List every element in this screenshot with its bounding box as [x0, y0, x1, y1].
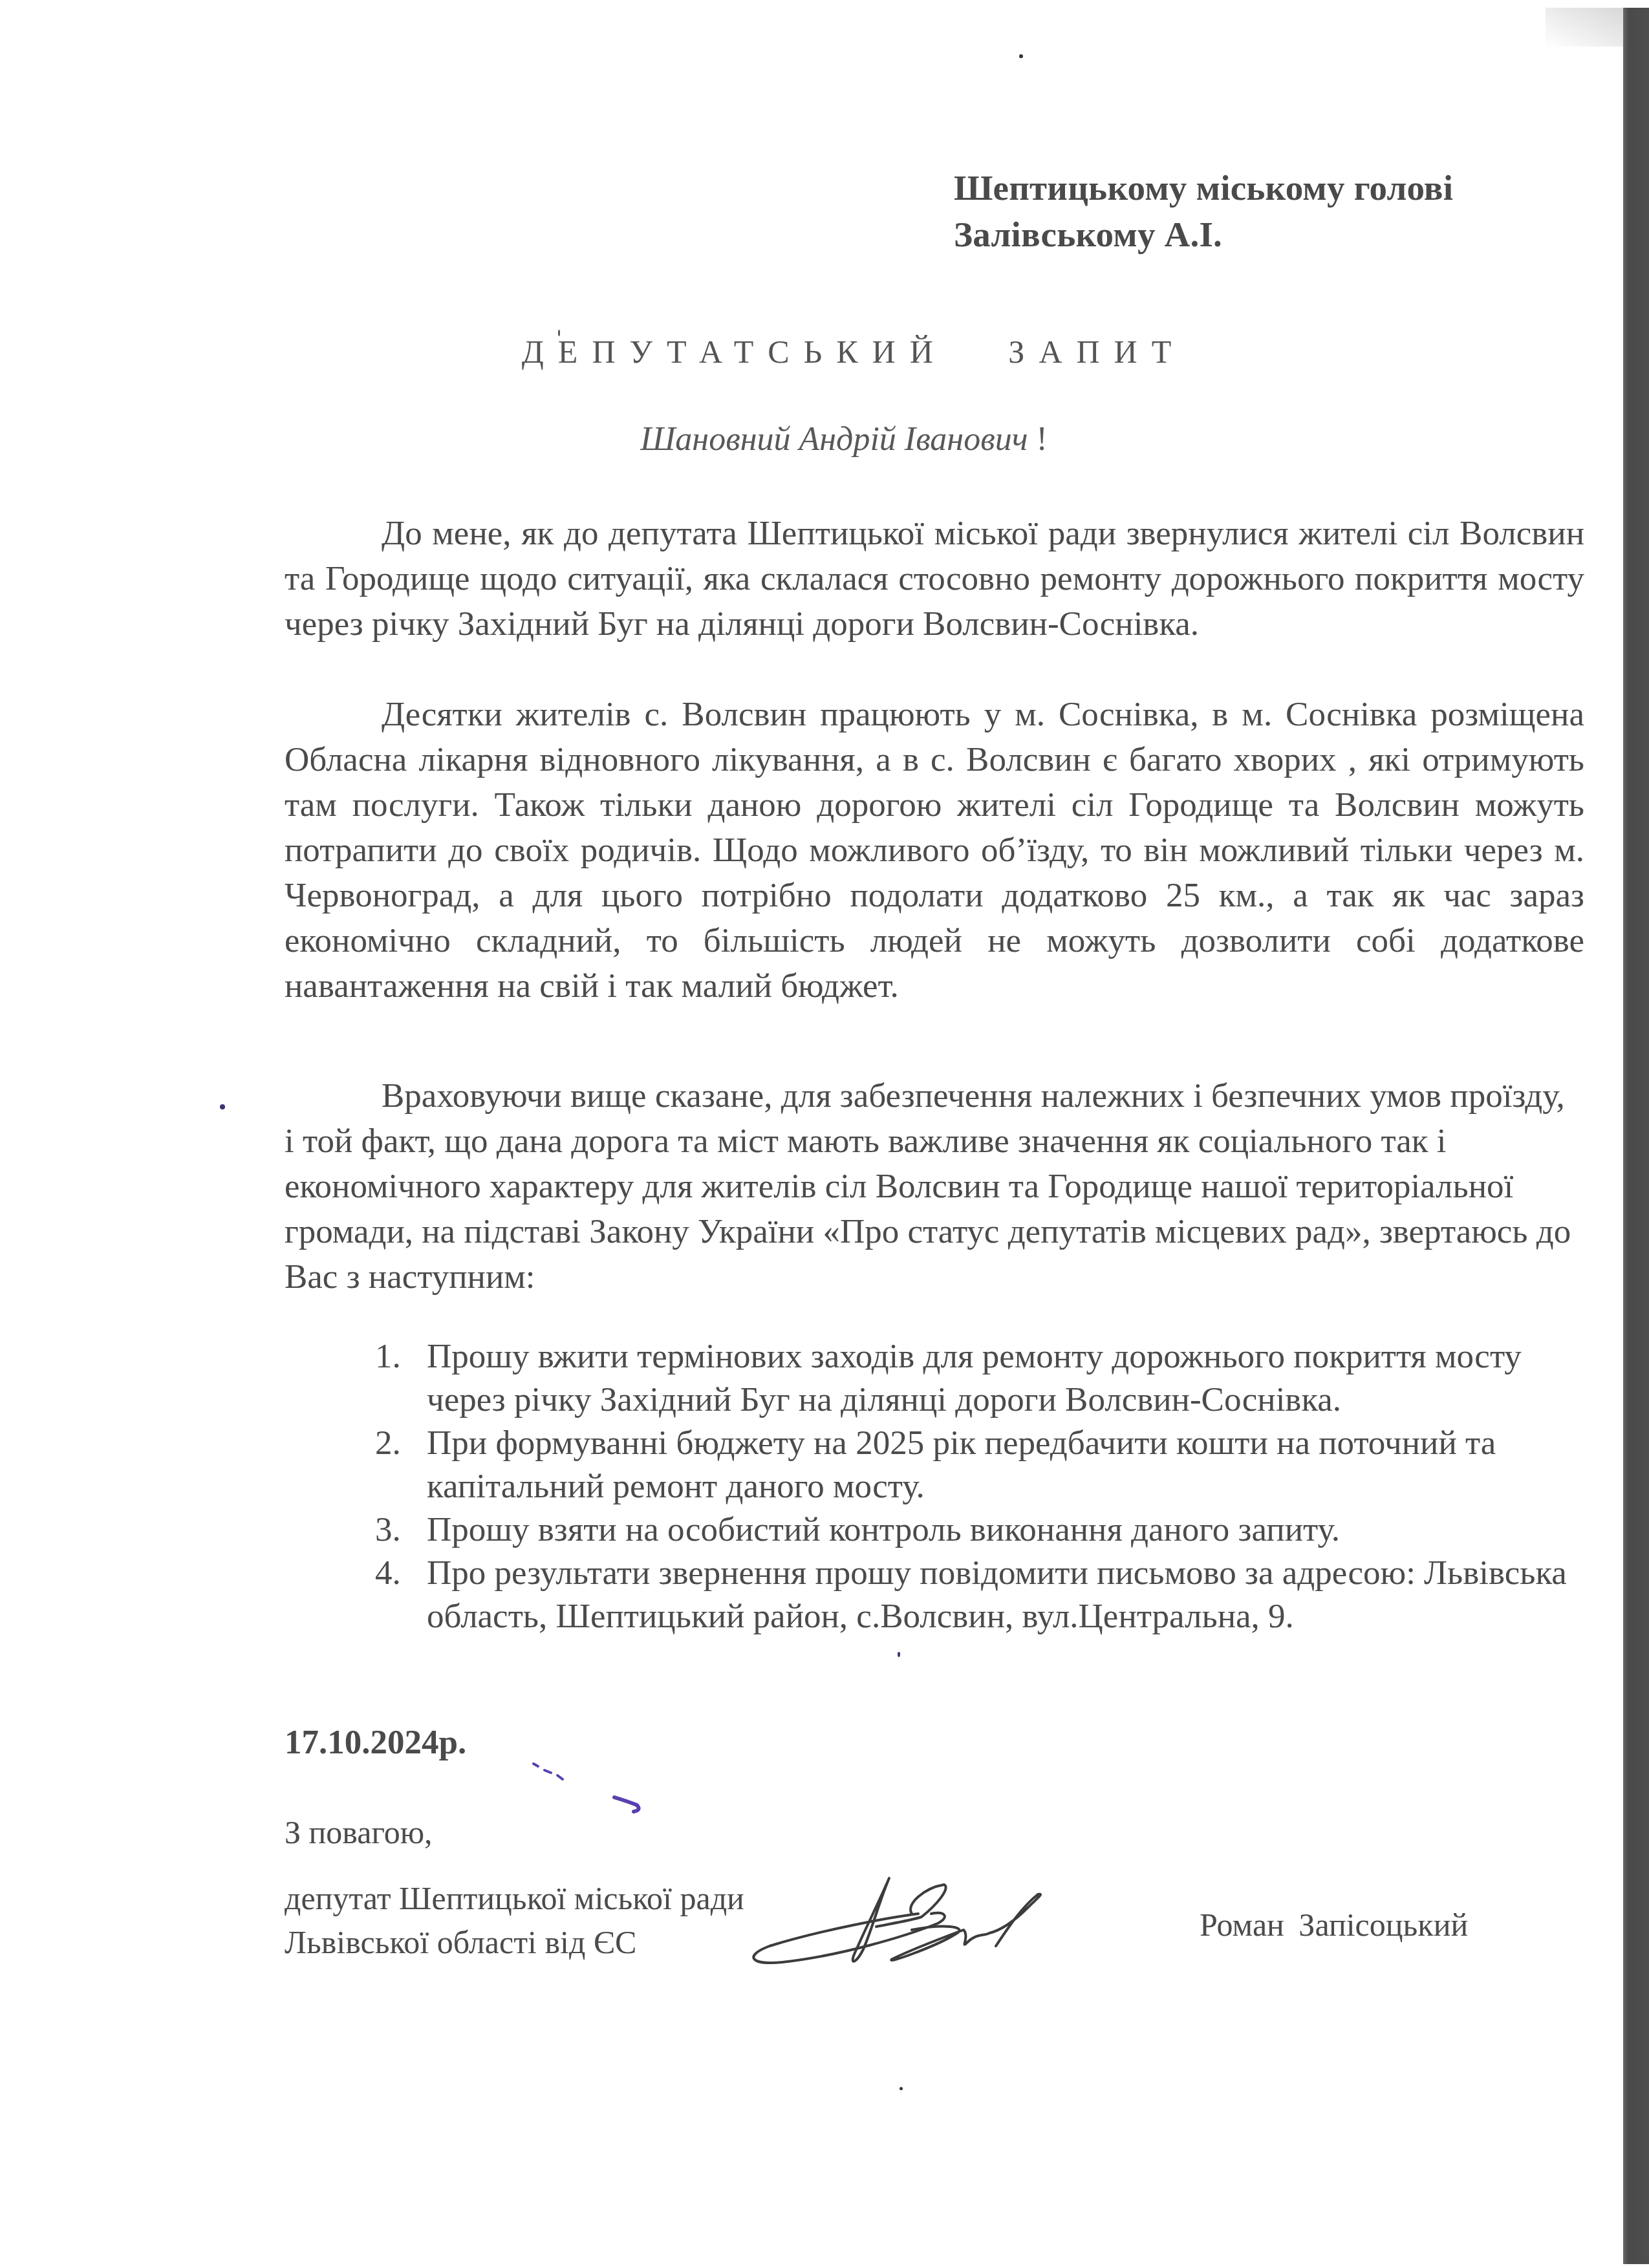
request-item: 3. Прошу взяти на особистий контроль вик…: [375, 1508, 1604, 1552]
request-number: 3.: [375, 1508, 401, 1552]
request-item: 1. Прошу вжити термінових заходів для ре…: [375, 1335, 1604, 1422]
paragraph: До мене, як до депутата Шептицької міськ…: [285, 511, 1584, 647]
addressee-line-1: Шептицькому міському голові: [954, 165, 1453, 211]
addressee-line-2: Залівському А.І.: [954, 211, 1453, 258]
scan-speck: [220, 1104, 225, 1109]
request-text: Про результати звернення прошу повідомит…: [427, 1554, 1567, 1635]
document-date: 17.10.2024р.: [285, 1723, 466, 1762]
scan-speck: [898, 1652, 900, 1657]
request-item: 2. При формуванні бюджету на 2025 рік пе…: [375, 1422, 1604, 1508]
closing-regards: З повагою,: [285, 1810, 744, 1854]
paragraph-1-block: До мене, як до депутата Шептицької міськ…: [285, 511, 1584, 647]
salutation: Шановний Андрій Іванович !: [0, 420, 1649, 458]
request-number: 1.: [375, 1335, 401, 1378]
signer-name: Роман Запісоцький: [1200, 1906, 1468, 1943]
request-text: Прошу взяти на особистий контроль викона…: [427, 1511, 1340, 1548]
scan-speck: [558, 330, 560, 336]
handwritten-signature: [744, 1868, 1170, 1998]
request-number: 2.: [375, 1422, 401, 1465]
closing-position-line-1: депутат Шептицької міської ради: [285, 1876, 744, 1920]
scan-speck: [1019, 54, 1023, 58]
scan-edge-fade: [1546, 8, 1623, 47]
closing-block: З повагою, депутат Шептицької міської ра…: [285, 1810, 744, 1964]
paragraph-3-block: Враховуючи вище сказане, для забезпеченн…: [285, 1073, 1578, 1300]
request-number: 4.: [375, 1552, 401, 1595]
paragraph: Враховуючи вище сказане, для забезпеченн…: [285, 1073, 1578, 1300]
request-text: Прошу вжити термінових заходів для ремон…: [427, 1338, 1522, 1418]
salutation-text: Шановний Андрій Іванович: [640, 421, 1028, 458]
addressee-block: Шептицькому міському голові Залівському …: [954, 165, 1453, 258]
document-title: ДЕПУТАТСЬКИЙ ЗАПИТ: [0, 333, 1649, 370]
closing-position-line-2: Львівської області від ЄС: [285, 1920, 744, 1964]
paragraph-2-block: Десятки жителів с. Волсвин працюють у м.…: [285, 692, 1584, 1009]
paragraph: Десятки жителів с. Волсвин працюють у м.…: [285, 692, 1584, 1009]
request-item: 4. Про результати звернення прошу повідо…: [375, 1552, 1604, 1638]
salutation-punct: !: [1037, 421, 1048, 458]
scan-speck: [900, 2087, 903, 2090]
request-text: При формуванні бюджету на 2025 рік перед…: [427, 1424, 1496, 1505]
requests-list: 1. Прошу вжити термінових заходів для ре…: [375, 1335, 1604, 1638]
ink-mark: [530, 1759, 660, 1817]
